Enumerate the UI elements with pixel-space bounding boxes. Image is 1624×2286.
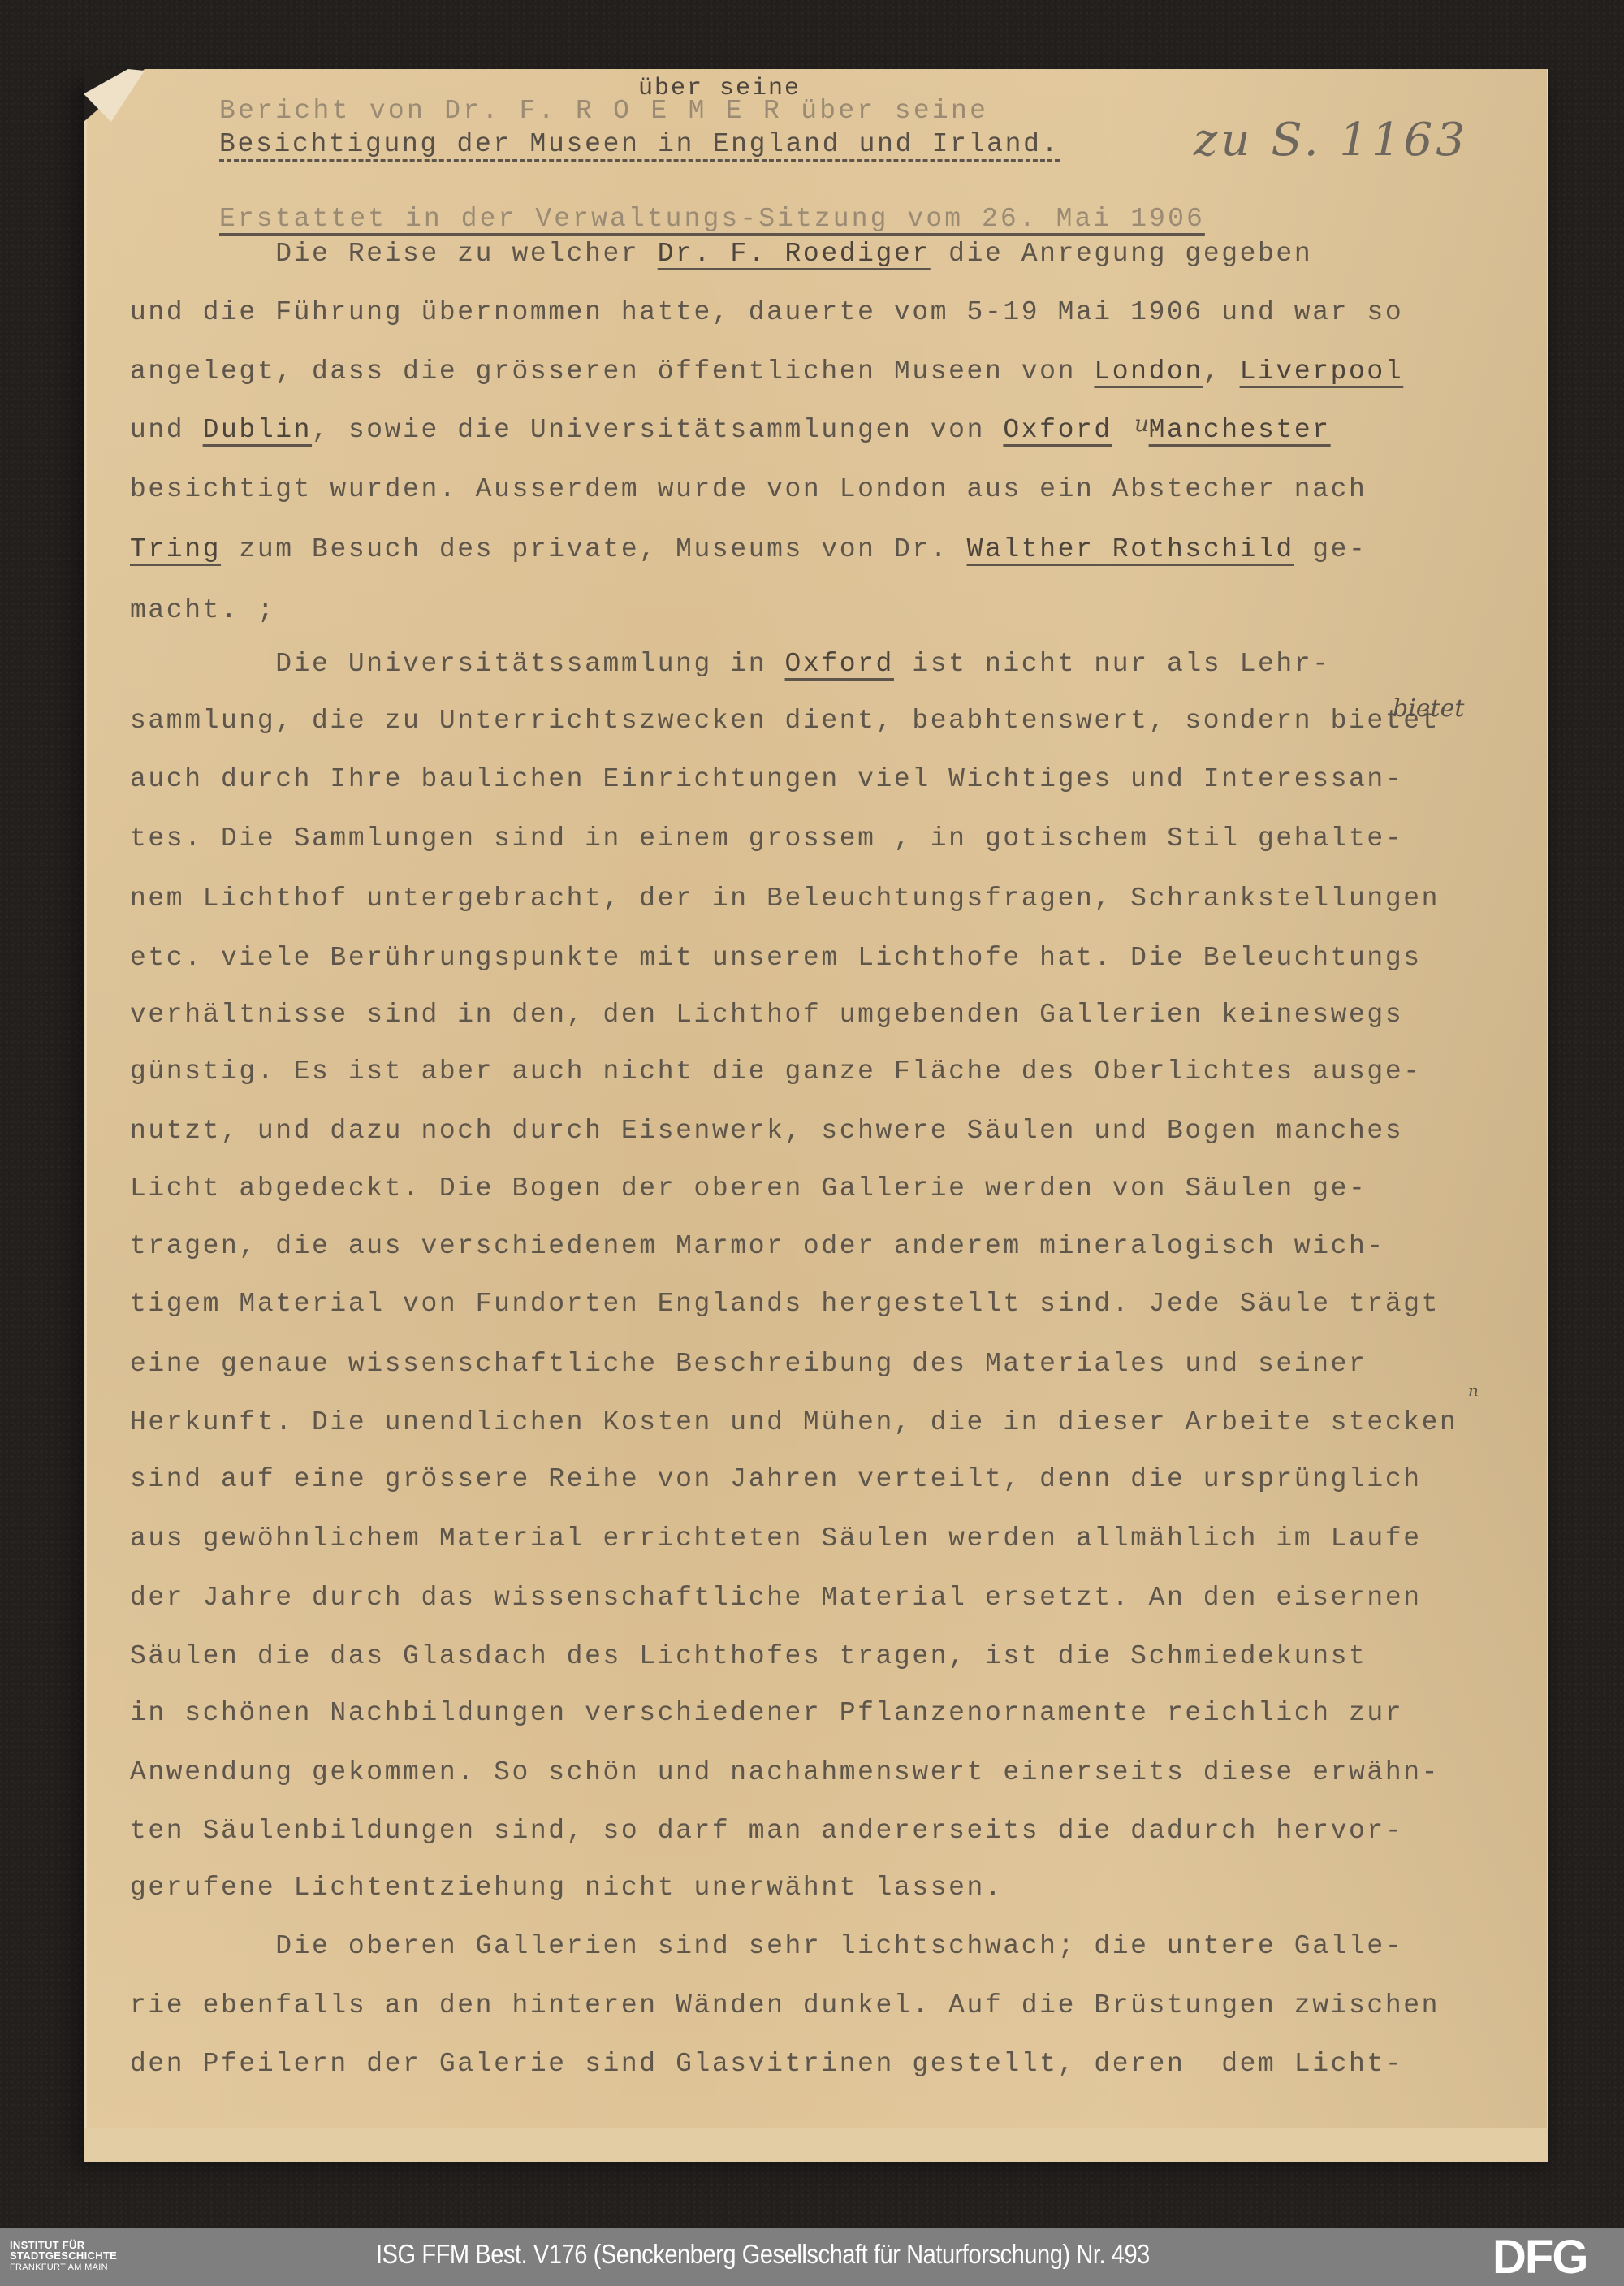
text-run: tigem Material von Fundorten Englands he…: [130, 1289, 1440, 1319]
text-run: besichtigt wurden. Ausserdem wurde von L…: [130, 474, 1367, 504]
text-line: Herkunft. Die unendlichen Kosten und Müh…: [130, 1407, 1458, 1439]
text-line: den Pfeilern der Galerie sind Glasvitrin…: [130, 2048, 1403, 2081]
handwritten-correction-bietet: bietet: [1393, 694, 1464, 723]
text-line: ten Säulenbildungen sind, so darf man an…: [130, 1815, 1403, 1847]
text-line: Die Reise zu welcher Dr. F. Roediger die…: [130, 238, 1312, 270]
text-line: eine genaue wissenschaftliche Beschreibu…: [130, 1348, 1367, 1381]
meeting-subtitle: Erstattet in der Verwaltungs-Sitzung vom…: [219, 203, 1205, 236]
page-left-edge: [84, 69, 87, 2162]
text-run: Licht abgedeckt. Die Bogen der oberen Ga…: [130, 1173, 1367, 1203]
text-run: ge-: [1294, 534, 1367, 564]
text-run: Die oberen Gallerien sind sehr lichtschw…: [130, 1931, 1403, 1961]
text-line: verhältnisse sind in den, den Lichthof u…: [130, 999, 1403, 1031]
text-run: und die Führung übernommen hatte, dauert…: [130, 297, 1403, 327]
underlined-name: Walther Rothschild: [967, 534, 1294, 564]
text-line: macht. ;: [130, 594, 275, 627]
text-run: , sowie die Universitätsammlungen von: [312, 415, 1003, 445]
text-line: Die Universitätssammlung in Oxford ist n…: [130, 648, 1331, 681]
text-run: angelegt, dass die grösseren öffentliche…: [130, 357, 1094, 387]
text-run: Anwendung gekommen. So schön und nachahm…: [130, 1757, 1440, 1787]
text-run: Säulen die das Glasdach des Lichthofes t…: [130, 1641, 1367, 1671]
institute-logo-line-2: STADTGESCHICHTE: [10, 2249, 117, 2262]
text-run: günstig. Es ist aber auch nicht die ganz…: [130, 1057, 1422, 1087]
underlined-name: Liverpool: [1240, 357, 1404, 387]
text-run: Die Universitätssammlung in: [130, 649, 785, 679]
text-run: eine genaue wissenschaftliche Beschreibu…: [130, 1349, 1367, 1379]
text-line: sind auf eine grössere Reihe von Jahren …: [130, 1463, 1422, 1496]
text-run: macht. ;: [130, 595, 275, 625]
text-line: Säulen die das Glasdach des Lichthofes t…: [130, 1640, 1367, 1673]
text-run: ,: [1203, 357, 1240, 387]
text-line: in schönen Nachbildungen verschiedener P…: [130, 1697, 1403, 1730]
text-run: nutzt, und dazu noch durch Eisenwerk, sc…: [130, 1116, 1403, 1146]
underlined-name: Dr. F. Roediger: [658, 239, 931, 269]
text-run: sind auf eine grössere Reihe von Jahren …: [130, 1464, 1422, 1494]
text-run: auch durch Ihre baulichen Einrichtungen …: [130, 764, 1403, 794]
text-line: sammlung, die zu Unterrichtszwecken dien…: [130, 705, 1440, 737]
text-run: in schönen Nachbildungen verschiedener P…: [130, 1698, 1403, 1728]
text-run: sammlung, die zu Unterrichtszwecken dien…: [130, 706, 1440, 736]
text-run: verhältnisse sind in den, den Lichthof u…: [130, 1000, 1403, 1030]
text-line: und die Führung übernommen hatte, dauert…: [130, 296, 1403, 329]
text-line: nutzt, und dazu noch durch Eisenwerk, sc…: [130, 1115, 1403, 1147]
dfg-logo: DFG: [1492, 2234, 1587, 2281]
underlined-name: Oxford: [785, 649, 894, 679]
underlined-name: Dublin: [203, 415, 312, 445]
text-run: tes. Die Sammlungen sind in einem grosse…: [130, 823, 1403, 853]
underlined-name: Manchester: [1149, 415, 1331, 445]
text-line: Licht abgedeckt. Die Bogen der oberen Ga…: [130, 1173, 1367, 1205]
text-run: aus gewöhnlichem Material errichteten Sä…: [130, 1523, 1422, 1554]
text-line: günstig. Es ist aber auch nicht die ganz…: [130, 1056, 1422, 1088]
underlined-name: Oxford: [1003, 415, 1112, 445]
text-line: gerufene Lichtentziehung nicht unerwähnt…: [130, 1872, 1003, 1904]
text-line: besichtigt wurden. Ausserdem wurde von L…: [130, 473, 1367, 506]
title-line-1: Bericht von Dr. F. R O E M E R über sein…: [219, 95, 988, 127]
text-line: nem Lichthof untergebracht, der in Beleu…: [130, 883, 1440, 915]
text-run: rie ebenfalls an den hinteren Wänden dun…: [130, 1990, 1440, 2020]
title-line-2: Besichtigung der Museen in England und I…: [219, 128, 1060, 161]
page-bottom-edge: [84, 2128, 1548, 2162]
institute-logo-line-3: FRANKFURT AM MAIN: [10, 2262, 117, 2273]
text-line: Die oberen Gallerien sind sehr lichtschw…: [130, 1930, 1403, 1963]
text-run: Die Reise zu welcher: [130, 239, 658, 269]
text-line: auch durch Ihre baulichen Einrichtungen …: [130, 763, 1403, 796]
text-run: die Anregung gegeben: [931, 239, 1312, 269]
text-line: rie ebenfalls an den hinteren Wänden dun…: [130, 1990, 1440, 2022]
text-line: aus gewöhnlichem Material errichteten Sä…: [130, 1523, 1422, 1555]
text-line: tes. Die Sammlungen sind in einem grosse…: [130, 823, 1403, 855]
underlined-name: London: [1094, 357, 1203, 387]
handwritten-reference: zu S. 1163: [1194, 114, 1468, 166]
handwritten-insert-und: u.: [1134, 410, 1156, 437]
archive-caption: ISG FFM Best. V176 (Senckenberg Gesellsc…: [376, 2239, 1150, 2270]
text-run: Herkunft. Die unendlichen Kosten und Müh…: [130, 1407, 1458, 1437]
text-line: angelegt, dass die grösseren öffentliche…: [130, 356, 1403, 388]
archive-footer-bar: INSTITUT FÜR STADTGESCHICHTE FRANKFURT A…: [0, 2228, 1624, 2286]
text-line: tigem Material von Fundorten Englands he…: [130, 1288, 1440, 1320]
text-line: Tring zum Besuch des private, Museums vo…: [130, 534, 1367, 566]
text-run: tragen, die aus verschiedenem Marmor ode…: [130, 1231, 1385, 1261]
text-line: etc. viele Berührungspunkte mit unserem …: [130, 942, 1422, 974]
text-run: nem Lichthof untergebracht, der in Beleu…: [130, 884, 1440, 914]
text-run: ten Säulenbildungen sind, so darf man an…: [130, 1816, 1403, 1846]
handwritten-correction-n: n: [1468, 1381, 1479, 1400]
text-line: der Jahre durch das wissenschaftliche Ma…: [130, 1582, 1422, 1614]
text-run: den Pfeilern der Galerie sind Glasvitrin…: [130, 2049, 1403, 2079]
text-run: und: [130, 415, 203, 445]
text-run: der Jahre durch das wissenschaftliche Ma…: [130, 1583, 1422, 1613]
text-run: gerufene Lichtentziehung nicht unerwähnt…: [130, 1873, 1003, 1903]
text-run: zum Besuch des private, Museums von Dr.: [221, 534, 967, 564]
underlined-name: Tring: [130, 534, 221, 564]
text-run: etc. viele Berührungspunkte mit unserem …: [130, 943, 1422, 973]
text-run: ist nicht nur als Lehr-: [894, 649, 1331, 679]
text-line: Anwendung gekommen. So schön und nachahm…: [130, 1757, 1440, 1789]
text-line: tragen, die aus verschiedenem Marmor ode…: [130, 1230, 1385, 1263]
institute-logo: INSTITUT FÜR STADTGESCHICHTE FRANKFURT A…: [10, 2240, 117, 2273]
